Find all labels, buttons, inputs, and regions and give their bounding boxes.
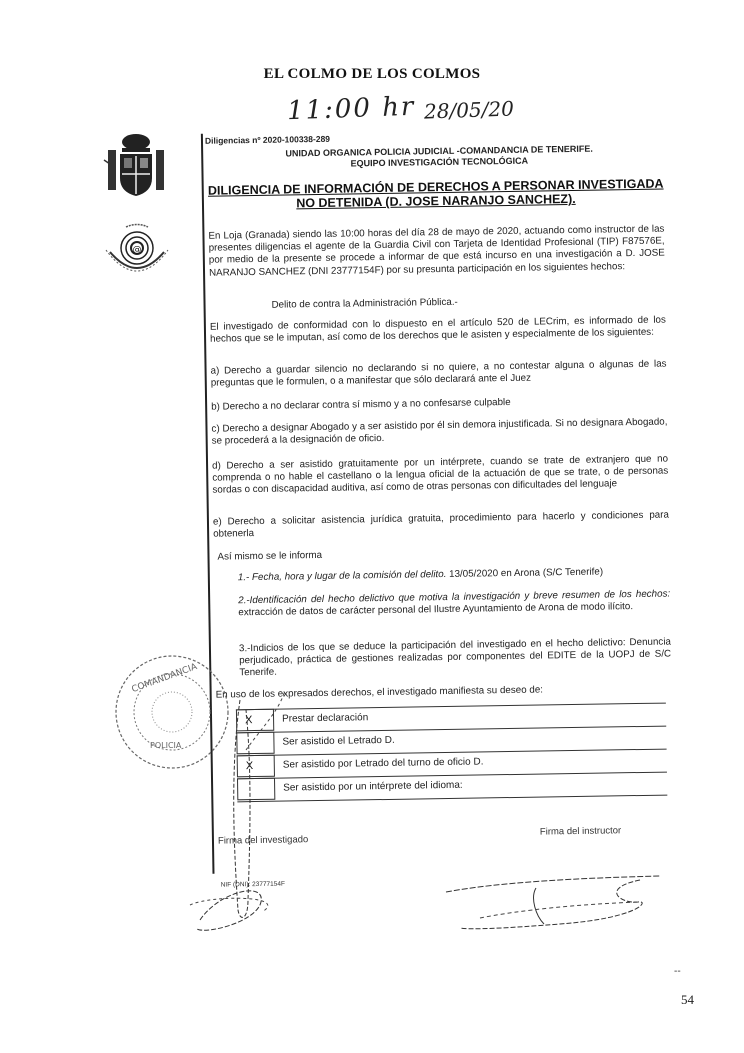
info-3: 3.-Indicios de los que se deduce la part… [239, 636, 672, 679]
page-mark: -- [674, 966, 681, 977]
right-c: c) Derecho a designar Abogado y a ser as… [211, 417, 667, 449]
instructor-signature-label: Firma del instructor [540, 825, 621, 837]
right-a: a) Derecho a guardar silencio no declara… [211, 359, 667, 391]
info-2: 2.-Identificación del hecho delictivo qu… [238, 588, 670, 619]
page-number: 54 [681, 992, 694, 1008]
info-1: 1.- Fecha, hora y lugar de la comisión d… [238, 565, 670, 584]
info-1-label: 1.- Fecha, hora y lugar de la comisión d… [238, 569, 447, 583]
investigated-signature-icon [190, 690, 300, 940]
unit-header: UNIDAD ORGANICA POLICIA JUDICIAL -COMAND… [259, 143, 619, 171]
rights-intro: El investigado de conformidad con lo dis… [210, 315, 666, 347]
info-1-value: 13/05/2020 en Arona (S/C Tenerife) [446, 567, 603, 580]
right-b: b) Derecho a no declarar contra sí mismo… [211, 395, 667, 414]
choices-table: X Prestar declaración Ser asistido el Le… [236, 703, 667, 803]
instructor-signature-icon [440, 868, 670, 938]
document-title: DILIGENCIA DE INFORMACIÓN DE DERECHOS A … [206, 177, 666, 212]
diligencias-number: Diligencias nº 2020-100338-289 [205, 134, 330, 146]
also-informed: Así mismo se le informa [217, 544, 673, 563]
scanned-document: Diligencias nº 2020-100338-289 UNIDAD OR… [60, 120, 700, 960]
right-d: d) Derecho a ser asistido gratuitamente … [212, 454, 669, 498]
choice-label: Ser asistido por un intérprete del idiom… [283, 780, 463, 794]
intro-paragraph: En Loja (Granada) siendo las 10:00 horas… [208, 224, 665, 280]
book-title: EL COLMO DE LOS COLMOS [0, 66, 744, 83]
crime-line: Delito de contra la Administración Públi… [271, 293, 727, 312]
svg-text:POLICIA: POLICIA [150, 741, 182, 750]
right-e: e) Derecho a solicitar asistencia jurídi… [213, 510, 669, 542]
choice-label: Ser asistido por Letrado del turno de of… [283, 756, 484, 770]
